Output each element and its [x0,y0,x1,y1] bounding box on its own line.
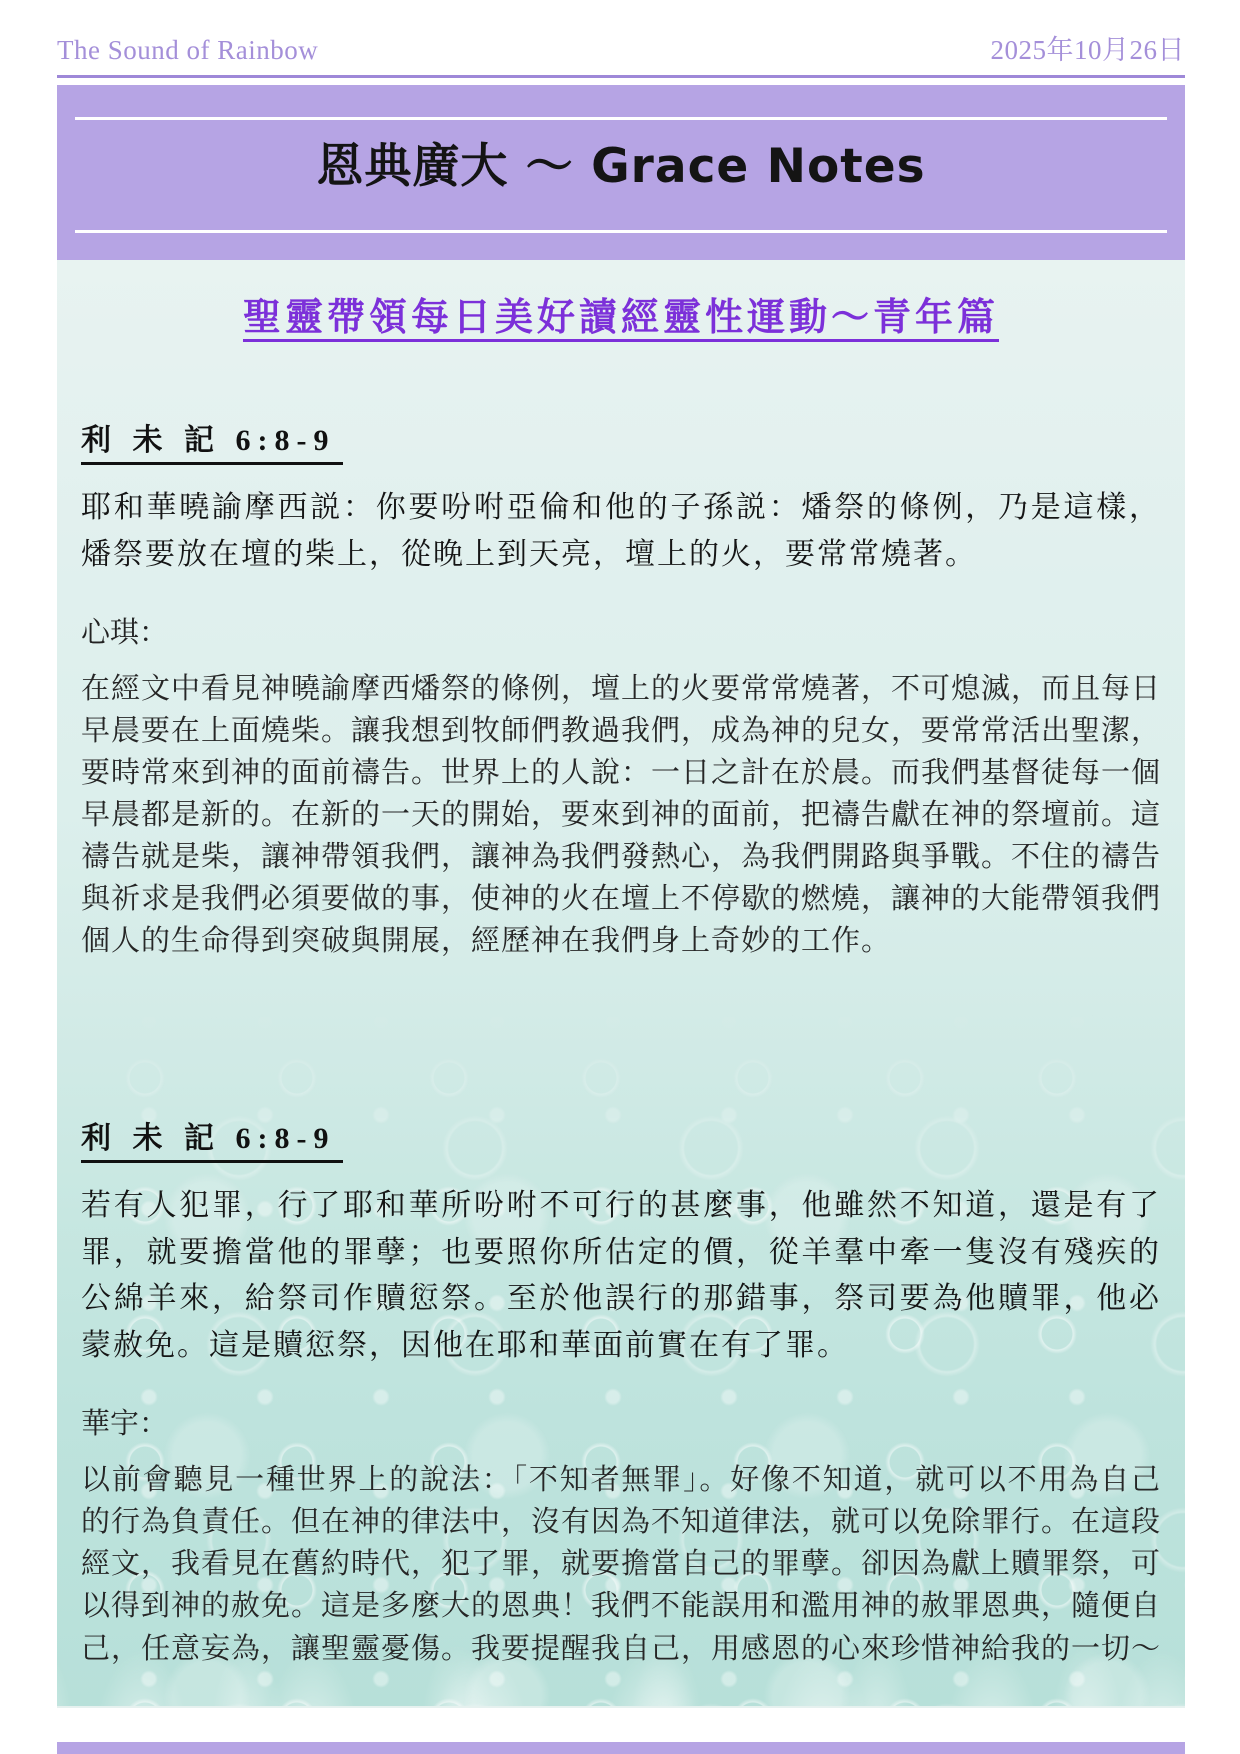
page-header: The Sound of Rainbow 2025年10月26日 [57,28,1185,78]
scripture-text-2: 若有人犯罪，行了耶和華所吩咐不可行的甚麼事，他雖然不知道，還是有了罪，就要擔當他… [81,1183,1161,1369]
devotional-series-heading[interactable]: 聖靈帶領每日美好讀經靈性運動～青年篇 [81,286,1161,341]
content-area: 聖靈帶領每日美好讀經靈性運動～青年篇 利 未 記 6:8-9 耶和華曉諭摩西説：… [57,260,1185,1708]
commentary-text-1: 在經文中看見神曉諭摩西燔祭的條例，壇上的火要常常燒著，不可熄滅，而且每日早晨要在… [81,667,1161,961]
content-body: 聖靈帶領每日美好讀經靈性運動～青年篇 利 未 記 6:8-9 耶和華曉諭摩西説：… [81,286,1161,1669]
commenter-name-1: 心琪： [81,610,1161,651]
scripture-reference-2: 利 未 記 6:8-9 [81,1113,1161,1163]
banner-title: 恩典廣大 ～ Grace Notes [57,129,1185,196]
scripture-text-1: 耶和華曉諭摩西説：你要吩咐亞倫和他的子孫説：燔祭的條例，乃是這樣，燔祭要放在壇的… [81,485,1161,578]
commenter-name-2: 華宇： [81,1401,1161,1442]
title-banner: 恩典廣大 ～ Grace Notes [57,85,1185,260]
devotional-section-2: 利 未 記 6:8-9 若有人犯罪，行了耶和華所吩咐不可行的甚麼事，他雖然不知道… [81,1113,1161,1668]
commentary-text-2: 以前會聽見一種世界上的說法：「不知者無罪」。好像不知道，就可以不用為自己的行為負… [81,1458,1161,1668]
page: The Sound of Rainbow 2025年10月26日 恩典廣大 ～ … [0,0,1240,1754]
scripture-reference-2-text: 利 未 記 6:8-9 [81,1113,343,1163]
site-title: The Sound of Rainbow [57,35,318,66]
scripture-reference-1: 利 未 記 6:8-9 [81,415,1161,465]
banner-rule-bottom [75,230,1167,233]
banner-rule-top [75,117,1167,120]
footer-banner-strip [57,1742,1185,1754]
scripture-reference-1-text: 利 未 記 6:8-9 [81,415,343,465]
date: 2025年10月26日 [991,28,1186,67]
devotional-section-1: 利 未 記 6:8-9 耶和華曉諭摩西説：你要吩咐亞倫和他的子孫説：燔祭的條例，… [81,415,1161,961]
